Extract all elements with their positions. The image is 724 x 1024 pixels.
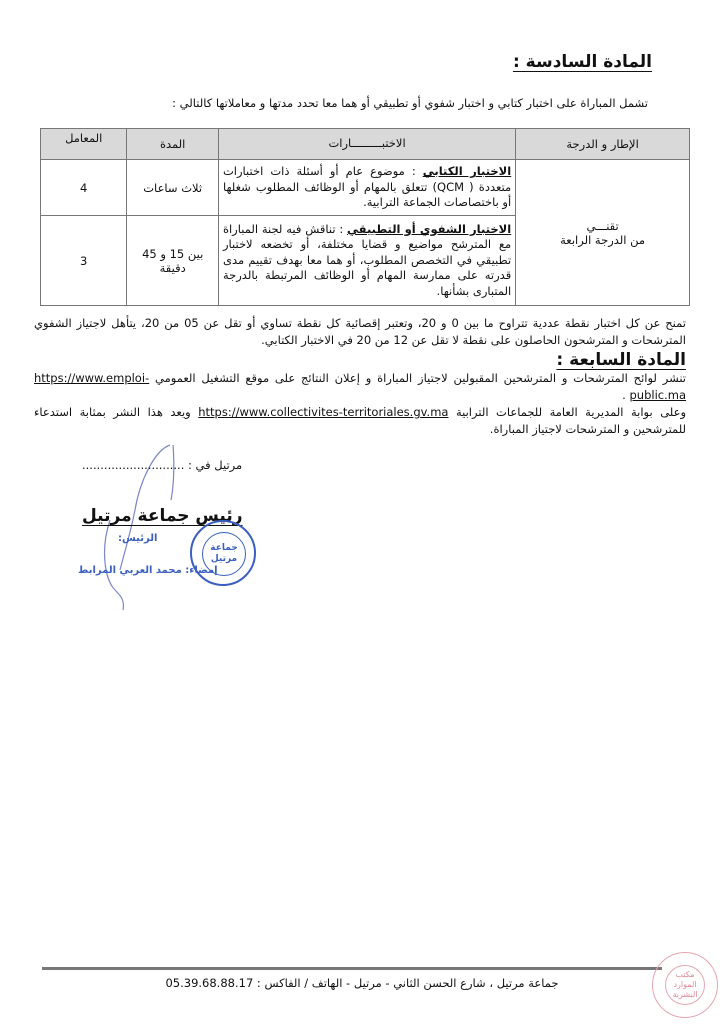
test-label: الاختبار الشفوي أو التطبيقي	[347, 222, 511, 236]
table-header-row: الإطار و الدرجة الاختبـــــــــارات المد…	[41, 129, 690, 160]
stamp-line-1: جماعة	[210, 543, 238, 554]
scoring-paragraph: تمنح عن كل اختبار نقطة عددية تتراوح ما ب…	[34, 315, 686, 349]
municipality-stamp-icon: جماعة مرتيل	[190, 520, 256, 586]
frame-title: تقنـــي	[520, 219, 685, 233]
test-cell-written: الاختبار الكتابي : موضوع عام أو أسئلة ذا…	[218, 160, 515, 216]
article-7-text-1: تنشر لوائح المترشحات و المترشحين المقبول…	[155, 371, 686, 385]
footer-address: جماعة مرتيل ، شارع الحسن الثاني - مرتيل …	[0, 976, 724, 990]
article-6-title: المادة السادسة :	[513, 52, 652, 72]
place-date-line: مرتيل في : ............................	[82, 458, 242, 472]
duration-cell: بين 15 و 45 دقيقة	[127, 216, 219, 306]
article-7-text-2: وعلى بوابة المديرية العامة للجماعات التر…	[456, 405, 686, 419]
header-tests: الاختبـــــــــارات	[218, 129, 515, 160]
article-6-intro: تشمل المباراة على اختبار كتابي و اختبار …	[88, 95, 648, 112]
footer-divider	[42, 967, 662, 970]
article-7-title: المادة السابعة :	[556, 350, 686, 370]
handwritten-role: الرئيس:	[118, 533, 157, 544]
test-label: الاختبار الكتابي	[423, 164, 511, 178]
place-date-label: مرتيل في :	[188, 458, 242, 472]
table-row: تقنـــي من الدرجة الرابعة الاختبار الكتا…	[41, 160, 690, 216]
duration-cell: ثلاث ساعات	[127, 160, 219, 216]
frame-cell: تقنـــي من الدرجة الرابعة	[516, 160, 690, 306]
document-page: المادة السادسة : تشمل المباراة على اختبا…	[0, 0, 724, 1024]
stamp-line-2: مرتيل	[211, 554, 237, 565]
hr-stamp-line-1: مكتب	[676, 970, 695, 980]
hr-stamp-line-3: البشرية	[672, 990, 697, 1000]
header-duration: المدة	[127, 129, 219, 160]
frame-grade: من الدرجة الرابعة	[520, 233, 685, 247]
place-date-value: ............................	[82, 458, 184, 472]
coefficient-cell: 3	[41, 216, 127, 306]
hr-office-stamp-icon: مكتب الموارد البشرية	[652, 952, 718, 1018]
collectivites-territoriales-link[interactable]: https://www.collectivites-territoriales.…	[198, 405, 448, 419]
exam-table: الإطار و الدرجة الاختبـــــــــارات المد…	[40, 128, 690, 306]
hr-stamp-line-2: الموارد	[673, 980, 696, 990]
header-coefficient: المعامل	[41, 129, 127, 160]
article-7-body: تنشر لوائح المترشحات و المترشحين المقبول…	[34, 370, 686, 438]
header-frame: الإطار و الدرجة	[516, 129, 690, 160]
coefficient-cell: 4	[41, 160, 127, 216]
test-cell-oral: الاختبار الشفوي أو التطبيقي : تناقش فيه …	[218, 216, 515, 306]
